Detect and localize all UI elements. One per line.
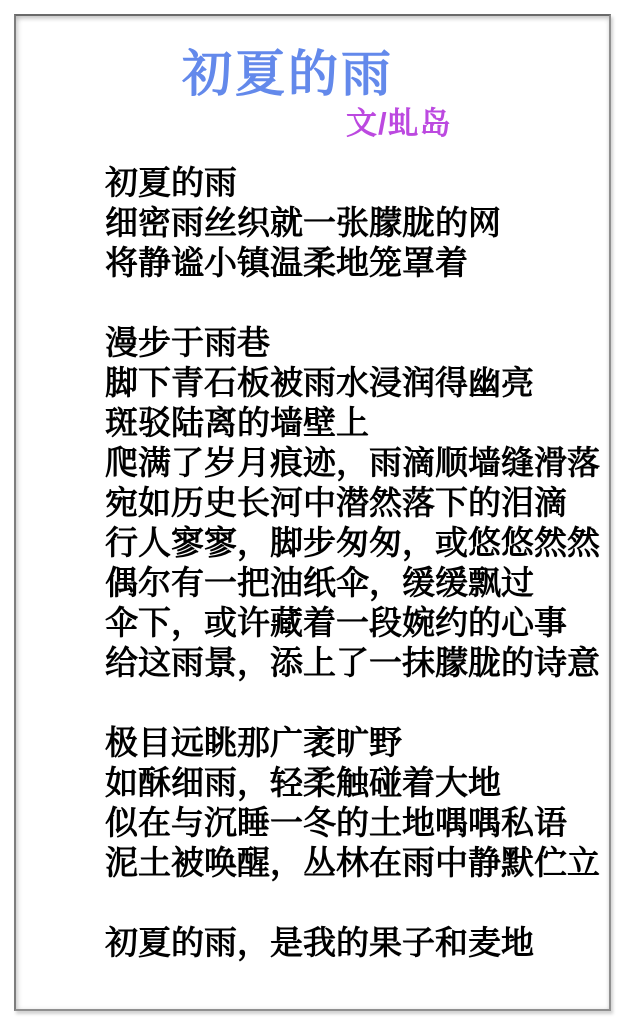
poem-line: 脚下青石板被雨水浸润得幽亮 <box>105 363 600 403</box>
poem-line: 如酥细雨，轻柔触碰着大地 <box>105 763 600 803</box>
poem-line: 爬满了岁月痕迹，雨滴顺墙缝滑落 <box>105 443 600 483</box>
poem-line: 似在与沉睡一冬的土地喁喁私语 <box>105 803 600 843</box>
poem-body: 初夏的雨 细密雨丝织就一张朦胧的网 将静谧小镇温柔地笼罩着 漫步于雨巷 脚下青石… <box>105 163 600 963</box>
stanza-1: 初夏的雨 细密雨丝织就一张朦胧的网 将静谧小镇温柔地笼罩着 <box>105 163 600 283</box>
poem-line: 伞下，或许藏着一段婉约的心事 <box>105 603 600 643</box>
byline: 文/虬岛 <box>346 105 452 142</box>
poem-line: 行人寥寥，脚步匆匆，或悠悠然然 <box>105 523 600 563</box>
poem-line: 漫步于雨巷 <box>105 323 600 363</box>
page: 初夏的雨 文/虬岛 初夏的雨 细密雨丝织就一张朦胧的网 将静谧小镇温柔地笼罩着 … <box>0 0 627 1026</box>
poem-title: 初夏的雨 <box>182 47 394 102</box>
poem-line: 给这雨景，添上了一抹朦胧的诗意 <box>105 643 600 683</box>
poem-line: 宛如历史长河中潜然落下的泪滴 <box>105 483 600 523</box>
poem-line: 极目远眺那广袤旷野 <box>105 723 600 763</box>
poem-line: 初夏的雨 <box>105 163 600 203</box>
poem-line: 偶尔有一把油纸伞，缓缓飘过 <box>105 563 600 603</box>
poem-line: 初夏的雨，是我的果子和麦地 <box>105 923 600 963</box>
poem-line: 细密雨丝织就一张朦胧的网 <box>105 203 600 243</box>
stanza-2: 漫步于雨巷 脚下青石板被雨水浸润得幽亮 斑驳陆离的墙壁上 爬满了岁月痕迹，雨滴顺… <box>105 323 600 683</box>
poem-line: 将静谧小镇温柔地笼罩着 <box>105 243 600 283</box>
stanza-4: 初夏的雨，是我的果子和麦地 <box>105 923 600 963</box>
poem-line: 泥土被唤醒，丛林在雨中静默伫立 <box>105 843 600 883</box>
poem-line: 斑驳陆离的墙壁上 <box>105 403 600 443</box>
poem-card: 初夏的雨 文/虬岛 初夏的雨 细密雨丝织就一张朦胧的网 将静谧小镇温柔地笼罩着 … <box>14 14 611 1011</box>
stanza-3: 极目远眺那广袤旷野 如酥细雨，轻柔触碰着大地 似在与沉睡一冬的土地喁喁私语 泥土… <box>105 723 600 883</box>
